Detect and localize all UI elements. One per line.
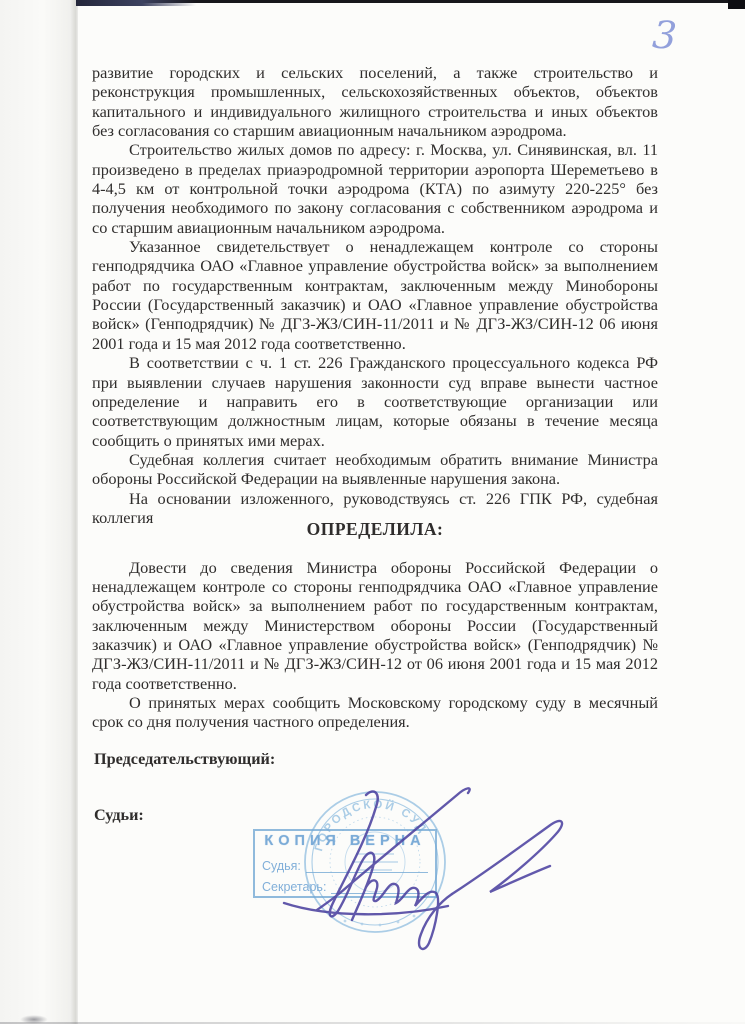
text-line: произведено в пределах приаэродромной те…	[92, 160, 658, 179]
text-line: заключенным между Министерством обороны …	[92, 616, 658, 635]
document-text: развитие городских и сельских поселений,…	[92, 63, 658, 732]
scan-bottom-smudge	[20, 1015, 48, 1024]
copy-stamp-judge-label: Судья:	[262, 859, 301, 873]
text-line: при выявлении случаев нарушения законнос…	[92, 373, 658, 392]
text-line: 4-4,5 км от контрольной точки аэродрома …	[92, 179, 658, 198]
judge-signature-line	[306, 872, 428, 873]
copy-stamp: КОПИЯ ВЕРНА Судья: Секретарь:	[253, 829, 437, 898]
text-line: Довести до сведения Министра обороны Рос…	[92, 558, 658, 577]
scan-left-margin	[0, 0, 78, 1024]
text-line: Судебная коллегия считает необходимым об…	[92, 450, 658, 469]
text-line: Строительство жилых домов по адресу: г. …	[92, 140, 658, 159]
text-line: О принятых мерах сообщить Московскому го…	[92, 693, 658, 712]
text-line: реконструкция промышленных, сельскохозяй…	[92, 82, 658, 101]
judges-label: Судьи:	[94, 806, 144, 825]
text-line: ненадлежащем контроле со стороны генподр…	[92, 577, 658, 596]
scan-top-edge-shadow	[76, 0, 196, 6]
text-line: войск» (Генподрядчик) № ДГЗ-ЖЗ/СИН-11/20…	[92, 314, 658, 333]
text-line: Указанное свидетельствует о ненадлежащем…	[92, 237, 658, 256]
copy-stamp-secretary-label: Секретарь:	[262, 880, 326, 894]
text-line: сообщить о принятых ими мерах.	[92, 431, 658, 450]
text-line: обустройства войск» за выполнением работ…	[92, 596, 658, 615]
text-line: заказчик) и ОАО «Главное управление обус…	[92, 635, 658, 654]
text-line: обороны Российской Федерации на выявленн…	[92, 469, 658, 488]
text-line: России (Государственный заказчик) и ОАО …	[92, 295, 658, 314]
text-line: срок со дня получения частного определен…	[92, 712, 658, 731]
text-line: В соответствии с ч. 1 ст. 226 Гражданско…	[92, 353, 658, 372]
text-line: капитального и индивидуального жилищного…	[92, 102, 658, 121]
text-line: года соответственно.	[92, 674, 658, 693]
text-line: получения необходимого по закону согласо…	[92, 198, 658, 217]
text-line: На основании изложенного, руководствуясь…	[92, 489, 658, 508]
text-line: работ по государственным контрактам, зак…	[92, 276, 658, 295]
presiding-judge-label: Председательствующий:	[94, 750, 275, 769]
text-line: определение и направить его в соответств…	[92, 392, 658, 411]
scan-corner-artifact	[728, 0, 745, 9]
text-line: развитие городских и сельских поселений,…	[92, 63, 658, 82]
text-line: со старшим авиационным начальником аэрод…	[92, 218, 658, 237]
scanned-court-document-page: 3 развитие городских и сельских поселени…	[0, 0, 745, 1024]
section-heading: ОПРЕДЕЛИЛА:	[92, 520, 658, 539]
text-line: 2001 года и 15 мая 2012 года соответстве…	[92, 334, 658, 353]
text-line: ДГЗ-ЖЗ/СИН-11/2011 и № ДГЗ-ЖЗ/СИН-12 от …	[92, 654, 658, 673]
text-line: генподрядчика ОАО «Главное управление об…	[92, 256, 658, 275]
copy-stamp-title: КОПИЯ ВЕРНА	[262, 833, 428, 849]
text-line: соответствующим должностным лицам, котор…	[92, 411, 658, 430]
text-line: без согласования со старшим авиационным …	[92, 121, 658, 140]
secretary-signature-line	[331, 893, 428, 894]
